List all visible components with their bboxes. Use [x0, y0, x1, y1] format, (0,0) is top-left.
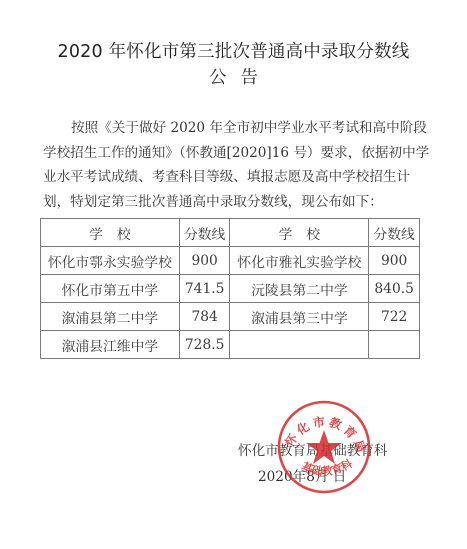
- table-row: 溆浦县第二中学 784 溆浦县第三中学 722: [41, 303, 420, 331]
- table-row: 怀化市第五中学 741.5 沅陵县第二中学 840.5: [41, 275, 420, 303]
- school-cell: 溆浦县第二中学: [41, 303, 180, 331]
- document-subtitle: 公告: [0, 64, 467, 89]
- header-score: 分数线: [179, 219, 230, 247]
- notice-paragraph: 按照《关于做好 2020 年全市初中学业水平考试和高中阶段 学校招生工作的通知》…: [43, 116, 423, 214]
- header-school: 学校: [41, 219, 180, 247]
- table-header-row: 学校 分数线 学校 分数线: [41, 219, 420, 247]
- score-cell: 784: [179, 303, 230, 331]
- official-seal-icon: 怀化市教育局 基础教育科: [277, 400, 371, 494]
- svg-text:基础教育科: 基础教育科: [300, 456, 356, 479]
- school-cell: 怀化市鄠永实验学校: [41, 247, 180, 275]
- paragraph-line: 学校招生工作的通知》（怀教通[2020]16 号）要求，依据初中学: [43, 141, 423, 166]
- paragraph-line: 划，特划定第三批次普通高中录取分数线，现公布如下：: [43, 190, 423, 215]
- score-cell: 900: [179, 247, 230, 275]
- document-title: 2020 年怀化市第三批次普通高中录取分数线: [0, 38, 467, 63]
- score-cell: 840.5: [369, 275, 420, 303]
- score-cell: 741.5: [179, 275, 230, 303]
- table-row: 怀化市鄠永实验学校 900 怀化市雅礼实验学校 900: [41, 247, 420, 275]
- score-cell: [369, 331, 420, 359]
- school-cell: 溆浦县第三中学: [230, 303, 369, 331]
- score-cell: 722: [369, 303, 420, 331]
- school-cell: [230, 331, 369, 359]
- school-cell: 怀化市雅礼实验学校: [230, 247, 369, 275]
- school-cell: 溆浦县江维中学: [41, 331, 180, 359]
- header-score: 分数线: [369, 219, 420, 247]
- paragraph-line: 按照《关于做好 2020 年全市初中学业水平考试和高中阶段: [43, 116, 423, 141]
- score-table: 学校 分数线 学校 分数线 怀化市鄠永实验学校 900 怀化市雅礼实验学校 90…: [40, 218, 420, 359]
- header-school: 学校: [230, 219, 369, 247]
- school-cell: 沅陵县第二中学: [230, 275, 369, 303]
- table-row: 溆浦县江维中学 728.5: [41, 331, 420, 359]
- school-cell: 怀化市第五中学: [41, 275, 180, 303]
- paragraph-line: 业水平考试成绩、考查科目等级、填报志愿及高中学校招生计: [43, 165, 423, 190]
- star-icon: [306, 430, 342, 464]
- seal-bottom-text: 基础教育科: [300, 456, 356, 479]
- score-cell: 728.5: [179, 331, 230, 359]
- score-cell: 900: [369, 247, 420, 275]
